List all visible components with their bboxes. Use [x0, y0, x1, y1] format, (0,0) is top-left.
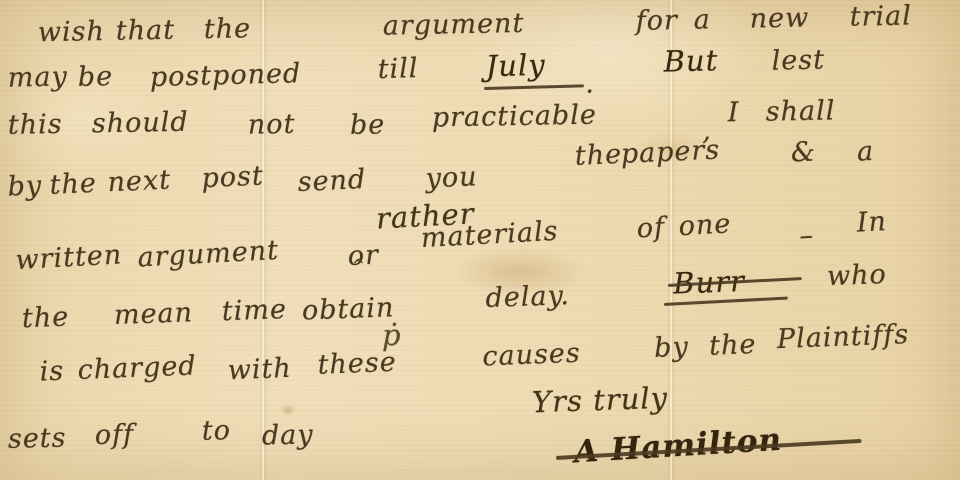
word: may [7, 61, 68, 94]
word: . [585, 68, 595, 99]
word: In [856, 206, 888, 239]
word: for [635, 5, 678, 37]
word: be [350, 109, 386, 141]
closing-yrs-truly: Yrs truly [531, 381, 668, 420]
letter-page: wish that the argument for a new trial m… [0, 0, 960, 480]
word: & [790, 136, 816, 168]
word: postponed [149, 58, 301, 93]
word: should [92, 107, 189, 140]
word: argument [382, 8, 524, 42]
word: that [116, 15, 176, 47]
word: a [693, 4, 711, 35]
word: argument [137, 235, 280, 274]
word: this [8, 109, 63, 141]
word: off [95, 419, 135, 451]
word: next [107, 165, 172, 199]
word: the [21, 302, 69, 335]
word: written [15, 239, 123, 276]
word: send [297, 164, 367, 198]
letter-line-8: sets off to day [0, 400, 960, 466]
word: is [39, 356, 65, 388]
word: charged [77, 350, 197, 386]
word: trial [849, 0, 912, 32]
word: be [77, 61, 113, 93]
word: post [201, 160, 265, 194]
word: you [425, 161, 478, 194]
word: Plaintiffs [776, 319, 909, 355]
word: not [248, 109, 296, 141]
word: a [856, 136, 874, 168]
word: to [201, 415, 231, 447]
word: But [663, 43, 719, 78]
word: one [678, 208, 732, 242]
word: causes [482, 338, 581, 373]
word: with [227, 353, 292, 386]
word: these [317, 347, 397, 381]
word: day [262, 419, 314, 451]
word: materials [420, 216, 559, 254]
word: of [636, 212, 666, 244]
word: new [749, 2, 809, 34]
word: by [7, 170, 43, 202]
word: obtain [301, 292, 395, 326]
word: who [826, 259, 887, 292]
word: I [727, 97, 739, 128]
word: wish [38, 16, 106, 48]
word: lest [771, 44, 825, 76]
word: mean [113, 297, 193, 331]
word: practicable [432, 100, 598, 134]
word: time [221, 294, 287, 327]
word-july-underlined: July [485, 48, 546, 84]
word: papers [620, 135, 721, 170]
word: by [654, 332, 690, 364]
word: till [377, 53, 419, 85]
word: the [49, 168, 98, 201]
word: shall [765, 95, 835, 127]
word: the [709, 329, 757, 362]
word: the [574, 139, 623, 172]
word: – [799, 220, 815, 252]
word: delay. [485, 280, 570, 314]
word: sets [8, 423, 67, 455]
word: the [204, 13, 252, 45]
word: or [347, 240, 380, 273]
